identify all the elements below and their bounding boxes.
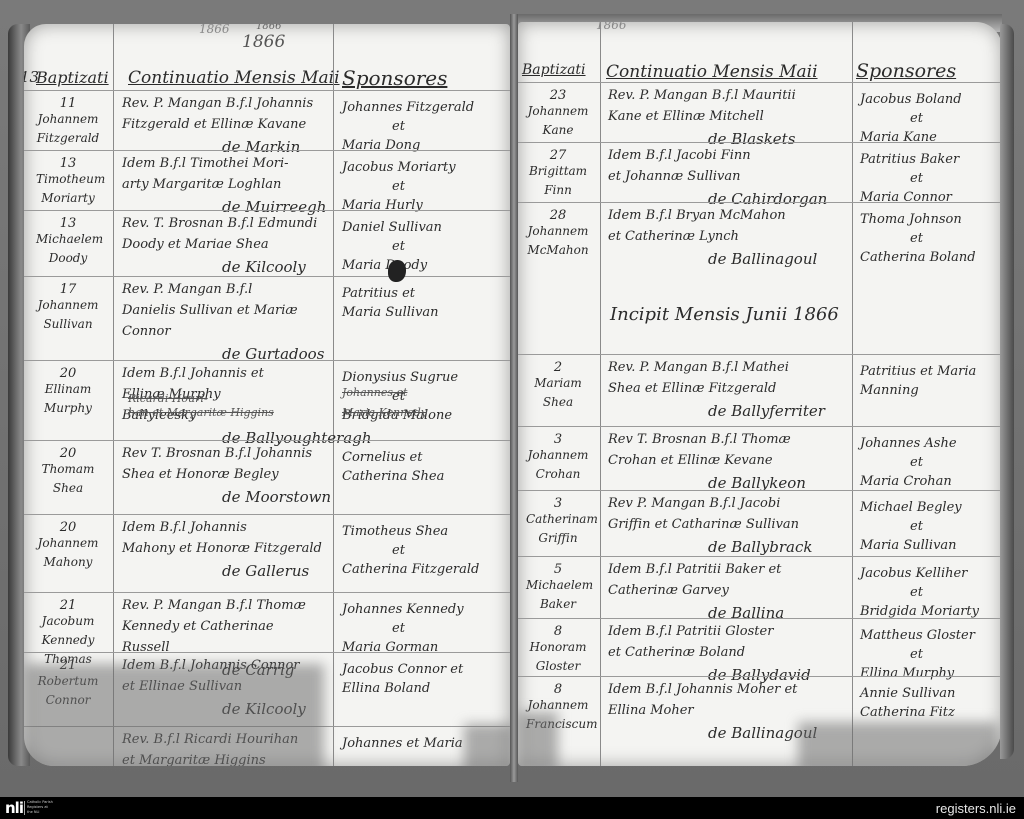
sponsor-name: Manning xyxy=(860,383,919,398)
baptism-day: 27 xyxy=(528,148,588,163)
row-rule xyxy=(518,354,1002,355)
parents-text: Kennedy et Catherinae xyxy=(122,619,274,634)
page-stain xyxy=(518,712,558,766)
column-divider xyxy=(852,22,853,766)
sponsor-name: Daniel Sullivan xyxy=(342,220,442,235)
sponsor-name: Maria Doody xyxy=(342,258,427,273)
child-name: Shea xyxy=(526,395,590,409)
child-name: Johannem xyxy=(36,536,100,550)
parents-text: Rev. P. Mangan B.f.l xyxy=(122,282,252,297)
parents-text: Griffin et Catharinæ Sullivan xyxy=(608,517,799,532)
baptism-day: 17 xyxy=(38,282,98,297)
sponsor-name: Bridgida Moriarty xyxy=(860,604,979,619)
row-rule xyxy=(24,276,510,277)
sponsor-name: Jacobus Connor et xyxy=(342,662,463,677)
child-name: Thomam xyxy=(36,462,100,476)
sponsor-name: Maria Sullivan xyxy=(342,305,439,320)
june-heading: Incipit Mensis Junii 1866 xyxy=(610,304,839,325)
sponsor-conjunction: et xyxy=(910,455,923,470)
parents-text: Idem B.f.l Timothei Mori- xyxy=(122,156,289,171)
sponsor-name: Johannes Kennedy xyxy=(342,602,464,617)
baptism-day: 20 xyxy=(38,520,98,535)
struck-text: Ricardi Houri- xyxy=(128,392,208,405)
row-rule xyxy=(518,618,1002,619)
child-name: Mariam xyxy=(526,376,590,390)
sponsor-name: Catherina Fitz xyxy=(860,705,955,720)
sponsor-name: Catherina Fitzgerald xyxy=(342,562,479,577)
child-name: Michaelem xyxy=(36,232,100,246)
sponsor-name: Johannes Ashe xyxy=(860,436,957,451)
row-rule xyxy=(24,90,510,91)
child-name: Johannem xyxy=(526,448,590,462)
baptism-day: 8 xyxy=(528,682,588,697)
parents-text: Rev P. Mangan B.f.l Jacobi xyxy=(608,496,780,511)
child-name: Johannem xyxy=(36,112,100,126)
child-name: Crohan xyxy=(526,467,590,481)
child-name: Timotheum xyxy=(36,172,100,186)
sponsor-name: Annie Sullivan xyxy=(860,686,955,701)
sponsor-name: Jacobus Boland xyxy=(860,92,962,107)
logo-subtitle-line: the NLI xyxy=(27,810,67,815)
row-rule xyxy=(518,202,1002,203)
place-of-origin: de Ballyferriter xyxy=(708,402,825,420)
row-rule xyxy=(518,556,1002,557)
child-name: Kennedy xyxy=(36,633,100,647)
sponsor-name: Timotheus Shea xyxy=(342,524,448,539)
parents-text: Idem B.f.l Patritii Baker et xyxy=(608,562,781,577)
baptism-day: 2 xyxy=(528,360,588,375)
column-divider xyxy=(113,24,114,766)
child-name: Doody xyxy=(36,251,100,265)
site-link[interactable]: registers.nli.ie xyxy=(936,801,1016,816)
parents-text: Rev T. Brosnan B.f.l Johannis xyxy=(122,446,312,461)
logo-divider xyxy=(24,801,25,815)
child-name: Moriarty xyxy=(36,191,100,205)
sponsor-name: Cornelius et xyxy=(342,450,422,465)
place-of-origin: de Ballyoughteragh xyxy=(222,429,372,447)
child-name: Baker xyxy=(526,597,590,611)
header-sponsores: Sponsores xyxy=(342,66,447,90)
sponsor-name: Catherina Shea xyxy=(342,469,444,484)
child-name: Michaelem xyxy=(526,578,590,592)
sponsor-conjunction: et xyxy=(392,119,405,134)
parents-text: Rev. P. Mangan B.f.l Johannis xyxy=(122,96,313,111)
book-binding xyxy=(510,14,518,782)
baptism-day: 11 xyxy=(38,96,98,111)
header-baptizati: Baptizati xyxy=(522,62,586,78)
sponsor-name: Ellina Boland xyxy=(342,681,430,696)
parents-text: et Catherinæ Lynch xyxy=(608,229,739,244)
parents-text: Kane et Ellinæ Mitchell xyxy=(608,109,764,124)
parents-text: Rev. P. Mangan B.f.l Mauritii xyxy=(608,88,796,103)
baptism-day: 23 xyxy=(528,88,588,103)
child-name: Murphy xyxy=(36,401,100,415)
page-stain xyxy=(464,724,510,766)
baptism-day: 3 xyxy=(528,432,588,447)
sponsor-name: Mattheus Gloster xyxy=(860,628,975,643)
row-rule xyxy=(24,592,510,593)
column-divider xyxy=(333,24,334,766)
child-name: Mahony xyxy=(36,555,100,569)
parents-text: Crohan et Ellinæ Kevane xyxy=(608,453,773,468)
sponsor-conjunction: et xyxy=(392,621,405,636)
struck-sponsor: Johannes et xyxy=(342,386,407,399)
baptism-day: 5 xyxy=(528,562,588,577)
row-rule xyxy=(24,150,510,151)
row-rule xyxy=(24,360,510,361)
baptism-day: 21 xyxy=(38,598,98,613)
child-name: Shea xyxy=(36,481,100,495)
baptism-day: 8 xyxy=(528,624,588,639)
sponsor-name: Patritius et xyxy=(342,286,415,301)
parents-text: Rev. T. Brosnan B.f.l Edmundi xyxy=(122,216,317,231)
book-right-edge xyxy=(1000,24,1014,759)
child-name: Ellinam xyxy=(36,382,100,396)
page-stain xyxy=(24,664,324,766)
child-name: Johannem xyxy=(526,224,590,238)
row-rule xyxy=(24,210,510,211)
struck-sponsor: Maria Kennedy xyxy=(342,406,427,419)
header-continuatio: Continuatio Mensis Maii xyxy=(128,68,340,88)
header-sponsores: Sponsores xyxy=(856,60,956,82)
child-name: Johannem xyxy=(526,698,590,712)
parents-text: Idem B.f.l Johannis xyxy=(122,520,247,535)
parents-text: Rev T. Brosnan B.f.l Thomæ xyxy=(608,432,791,447)
parents-text: Idem B.f.l Johannis et xyxy=(122,366,264,381)
nli-logo[interactable]: nli xyxy=(5,800,23,816)
parents-text: Idem B.f.l Patritii Gloster xyxy=(608,624,773,639)
child-name: Fitzgerald xyxy=(36,131,100,145)
parents-text: arty Margaritæ Loghlan xyxy=(122,177,281,192)
row-rule xyxy=(518,426,1002,427)
parents-text: Mahony et Honoræ Fitzgerald xyxy=(122,541,322,556)
parents-text: Connor xyxy=(122,324,171,339)
child-name: McMahon xyxy=(526,243,590,257)
child-name: Gloster xyxy=(526,659,590,673)
parents-text: Idem B.f.l Bryan McMahon xyxy=(608,208,786,223)
sponsor-conjunction: et xyxy=(910,519,923,534)
sponsor-conjunction: et xyxy=(910,171,923,186)
row-rule xyxy=(518,82,1002,83)
sponsor-name: Dionysius Sugrue xyxy=(342,370,458,385)
sponsor-name: Patritius et Maria xyxy=(860,364,976,379)
sponsor-name: Ellina Murphy xyxy=(860,666,954,681)
place-of-origin: de Muirreegh xyxy=(222,198,326,216)
baptism-day: 3 xyxy=(528,496,588,511)
sponsor-conjunction: et xyxy=(392,179,405,194)
sponsor-name: Jacobus Moriarty xyxy=(342,160,456,175)
right-page: 1866 Baptizati Continuatio Mensis Maii S… xyxy=(518,22,1002,766)
baptism-day: 13 xyxy=(38,216,98,231)
sponsor-conjunction: et xyxy=(910,111,923,126)
place-of-origin: de Blaskets xyxy=(708,130,795,148)
child-name: Johannem xyxy=(36,298,100,312)
parents-text: Catherinæ Garvey xyxy=(608,583,729,598)
baptism-day: 20 xyxy=(38,366,98,381)
place-of-origin: de Moorstown xyxy=(222,488,331,506)
sponsor-conjunction: et xyxy=(910,647,923,662)
sponsor-name: Maria Crohan xyxy=(860,474,952,489)
row-rule xyxy=(24,652,510,653)
parents-text: Shea et Honoræ Begley xyxy=(122,467,279,482)
sponsor-name: Michael Begley xyxy=(860,500,962,515)
sponsor-name: Maria Sullivan xyxy=(860,538,957,553)
logo-subtitle: Catholic Parish Registers at the NLI xyxy=(27,800,67,815)
parents-text: Idem B.f.l Jacobi Finn xyxy=(608,148,751,163)
year-main: 1866 xyxy=(242,32,285,52)
column-divider xyxy=(600,22,601,766)
parents-text: et Catherinæ Boland xyxy=(608,645,745,660)
header-baptizati: Baptizati xyxy=(36,68,109,87)
child-name: Honoram xyxy=(526,640,590,654)
parents-text: Rev. P. Mangan B.f.l Thomæ xyxy=(122,598,306,613)
place-of-origin: de Cahirdorgan xyxy=(708,190,827,208)
child-name: Sullivan xyxy=(36,317,100,331)
child-name: Catherinam xyxy=(526,512,590,526)
register-book: 1866 1866 1866 13 Baptizati Continuatio … xyxy=(8,14,1016,782)
footer-bar: nli Catholic Parish Registers at the NLI… xyxy=(0,797,1024,819)
place-of-origin: de Ballinagoul xyxy=(708,250,817,268)
parents-text: Idem B.f.l Johannis Moher et xyxy=(608,682,797,697)
place-of-origin: de Ballina xyxy=(708,604,784,622)
sponsor-name: Thoma Johnson xyxy=(860,212,962,227)
child-name: Jacobum xyxy=(36,614,100,628)
sponsor-name: Jacobus Kelliher xyxy=(860,566,967,581)
page-stain xyxy=(798,722,998,766)
child-name: Brigittam xyxy=(526,164,590,178)
parents-text: Shea et Ellinæ Fitzgerald xyxy=(608,381,776,396)
image-viewer[interactable]: 1866 1866 1866 13 Baptizati Continuatio … xyxy=(0,0,1024,797)
row-rule xyxy=(518,490,1002,491)
sponsor-name: Catherina Boland xyxy=(860,250,976,265)
child-name: Johannem xyxy=(526,104,590,118)
parents-text: Rev. P. Mangan B.f.l Mathei xyxy=(608,360,789,375)
place-of-origin: de Markin xyxy=(222,138,300,156)
place-of-origin: de Gallerus xyxy=(222,562,309,580)
left-page: 1866 1866 1866 13 Baptizati Continuatio … xyxy=(24,24,510,766)
place-of-origin: de Kilcooly xyxy=(222,258,306,276)
ink-blot xyxy=(388,260,406,282)
row-rule xyxy=(518,142,1002,143)
child-name: Griffin xyxy=(526,531,590,545)
child-name: Finn xyxy=(526,183,590,197)
year-faint: 1866 xyxy=(199,24,230,36)
parents-text: Fitzgerald et Ellinæ Kavane xyxy=(122,117,306,132)
baptism-day: 28 xyxy=(528,208,588,223)
sponsor-name: Patritius Baker xyxy=(860,152,959,167)
sponsor-conjunction: et xyxy=(910,585,923,600)
header-continuatio: Continuatio Mensis Maii xyxy=(606,62,818,82)
sponsor-conjunction: et xyxy=(392,543,405,558)
sponsor-conjunction: et xyxy=(392,239,405,254)
parents-text: Ellina Moher xyxy=(608,703,694,718)
row-rule xyxy=(24,440,510,441)
row-rule xyxy=(518,676,1002,677)
parents-text: Danielis Sullivan et Mariæ xyxy=(122,303,298,318)
baptism-day: 13 xyxy=(38,156,98,171)
row-rule xyxy=(24,514,510,515)
year-note: 1866 xyxy=(256,24,281,32)
sponsor-name: Johannes et Maria xyxy=(342,736,463,751)
parents-text: Doody et Mariae Shea xyxy=(122,237,269,252)
parents-text: et Johannæ Sullivan xyxy=(608,169,741,184)
place-of-origin: de Ballybrack xyxy=(708,538,813,556)
sponsor-conjunction: et xyxy=(910,231,923,246)
child-name: Kane xyxy=(526,123,590,137)
sponsor-name: Johannes Fitzgerald xyxy=(342,100,474,115)
baptism-day: 20 xyxy=(38,446,98,461)
struck-text: han et Margaritæ Higgins xyxy=(128,406,274,419)
